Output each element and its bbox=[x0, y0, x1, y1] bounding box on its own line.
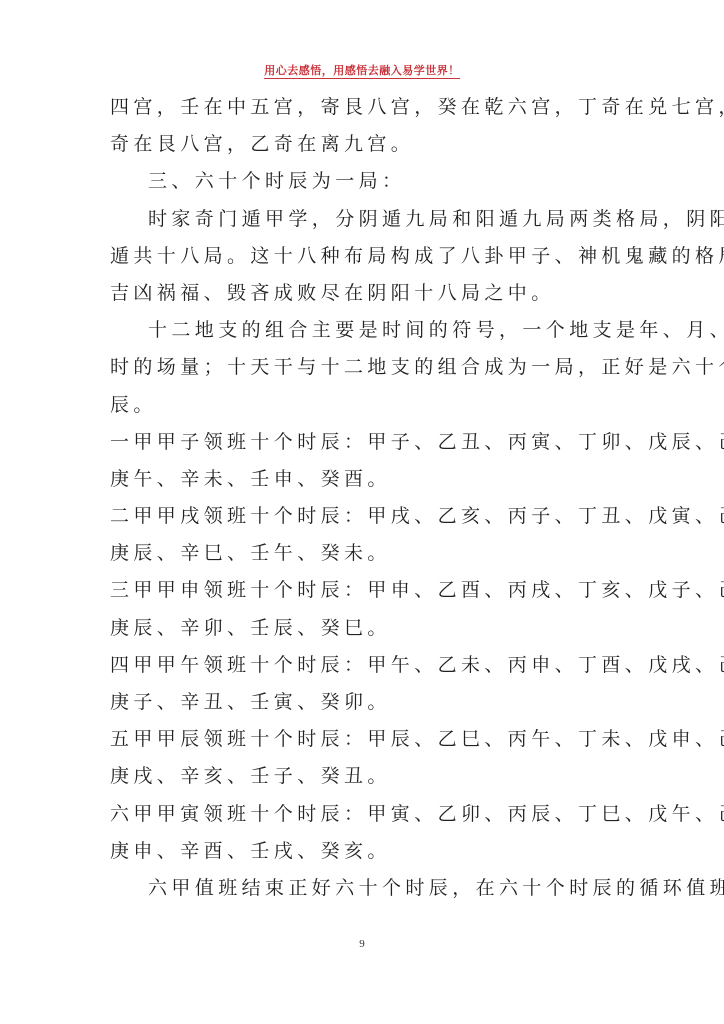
list-item-continuation: 庚戌、辛亥、壬子、癸丑。 bbox=[110, 758, 618, 795]
list-item-continuation: 庚辰、辛卯、壬辰、癸巳。 bbox=[110, 610, 618, 647]
page-number: 9 bbox=[0, 938, 724, 950]
page-header: 用心去感悟，用感悟去融入易学世界！ bbox=[0, 62, 724, 78]
text-line: 奇在艮八宫，乙奇在离九宫。 bbox=[110, 126, 618, 163]
text-line: 辰。 bbox=[110, 387, 618, 424]
list-item: 三甲甲申领班十个时辰：甲申、乙酉、丙戌、丁亥、戊子、己丑、 bbox=[110, 572, 618, 609]
list-item-continuation: 庚子、辛丑、壬寅、癸卯。 bbox=[110, 684, 618, 721]
text-line: 四宫，壬在中五宫，寄艮八宫，癸在乾六宫，丁奇在兑七宫，丙 bbox=[110, 89, 618, 126]
list-item: 五甲甲辰领班十个时辰：甲辰、乙巳、丙午、丁未、戊申、己酉、 bbox=[110, 721, 618, 758]
document-body: 四宫，壬在中五宫，寄艮八宫，癸在乾六宫，丁奇在兑七宫，丙 奇在艮八宫，乙奇在离九… bbox=[110, 89, 618, 907]
section-heading: 三、六十个时辰为一局： bbox=[110, 163, 618, 200]
text-line: 吉凶祸福、毁吝成败尽在阴阳十八局之中。 bbox=[110, 275, 618, 312]
text-line: 时的场量；十天干与十二地支的组合成为一局，正好是六十个时 bbox=[110, 349, 618, 386]
text-line: 六甲值班结束正好六十个时辰，在六十个时辰的循环值班 bbox=[110, 870, 618, 907]
list-item-continuation: 庚辰、辛巳、壬午、癸未。 bbox=[110, 535, 618, 572]
list-item: 一甲甲子领班十个时辰：甲子、乙丑、丙寅、丁卯、戊辰、己巳、 bbox=[110, 424, 618, 461]
list-item: 二甲甲戌领班十个时辰：甲戌、乙亥、丙子、丁丑、戊寅、己卯、 bbox=[110, 498, 618, 535]
list-item-continuation: 庚午、辛未、壬申、癸酉。 bbox=[110, 461, 618, 498]
text-line: 时家奇门遁甲学，分阴遁九局和阳遁九局两类格局，阴阳两 bbox=[110, 201, 618, 238]
list-item-continuation: 庚申、辛酉、壬戌、癸亥。 bbox=[110, 833, 618, 870]
text-line: 十二地支的组合主要是时间的符号，一个地支是年、月、日、 bbox=[110, 312, 618, 349]
document-page: 用心去感悟，用感悟去融入易学世界！ 四宫，壬在中五宫，寄艮八宫，癸在乾六宫，丁奇… bbox=[0, 0, 724, 1024]
text-line: 遁共十八局。这十八种布局构成了八卦甲子、神机鬼藏的格局， bbox=[110, 238, 618, 275]
list-item: 四甲甲午领班十个时辰：甲午、乙未、丙申、丁酉、戊戌、己亥、 bbox=[110, 647, 618, 684]
list-item: 六甲甲寅领班十个时辰：甲寅、乙卯、丙辰、丁巳、戊午、己未、 bbox=[110, 796, 618, 833]
header-motto: 用心去感悟，用感悟去融入易学世界！ bbox=[264, 64, 460, 79]
